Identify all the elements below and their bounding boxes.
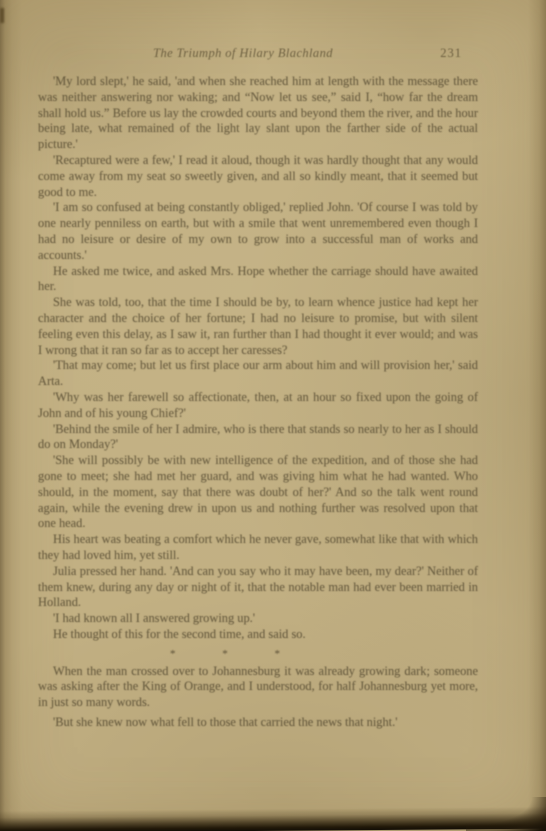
section-break: * * * — [38, 646, 478, 662]
paragraph: He thought of this for the second time, … — [38, 627, 478, 643]
paragraph: 'Behind the smile of her I admire, who i… — [38, 422, 478, 454]
paragraph: He asked me twice, and asked Mrs. Hope w… — [38, 264, 478, 296]
running-title: The Triumph of Hilary Blachland — [38, 46, 478, 61]
page-edge-bottom — [0, 807, 546, 831]
paragraph: She was told, too, that the time I shoul… — [38, 295, 478, 358]
page-number: 231 — [440, 46, 462, 61]
paragraph: 'She will possibly be with new intellige… — [38, 453, 478, 532]
page-edge-left — [0, 0, 22, 831]
book-page: The Triumph of Hilary Blachland 231 'My … — [0, 0, 546, 831]
page-header: The Triumph of Hilary Blachland 231 — [38, 46, 478, 62]
paragraph: 'That may come; but let us first place o… — [38, 358, 478, 390]
paragraph: 'My lord slept,' he said, 'and when she … — [38, 74, 478, 153]
paragraph: 'But she knew now what fell to those tha… — [38, 715, 478, 731]
paragraph: 'Recaptured were a few,' I read it aloud… — [38, 153, 478, 200]
paragraph: 'I had known all I answered growing up.' — [38, 611, 478, 627]
paragraph: His heart was beating a comfort which he… — [38, 532, 478, 564]
page-edge-right — [528, 0, 546, 831]
paragraph: Julia pressed her hand. 'And can you say… — [38, 564, 478, 611]
paragraph: 'I am so confused at being constantly ob… — [38, 200, 478, 263]
page-body: 'My lord slept,' he said, 'and when she … — [38, 74, 478, 731]
page-corner-bottom-right — [466, 797, 546, 831]
paragraph: When the man crossed over to Johannesbur… — [38, 664, 478, 711]
paragraph: 'Why was her farewell so affectionate, t… — [38, 390, 478, 422]
page-edge-notch — [0, 8, 4, 23]
